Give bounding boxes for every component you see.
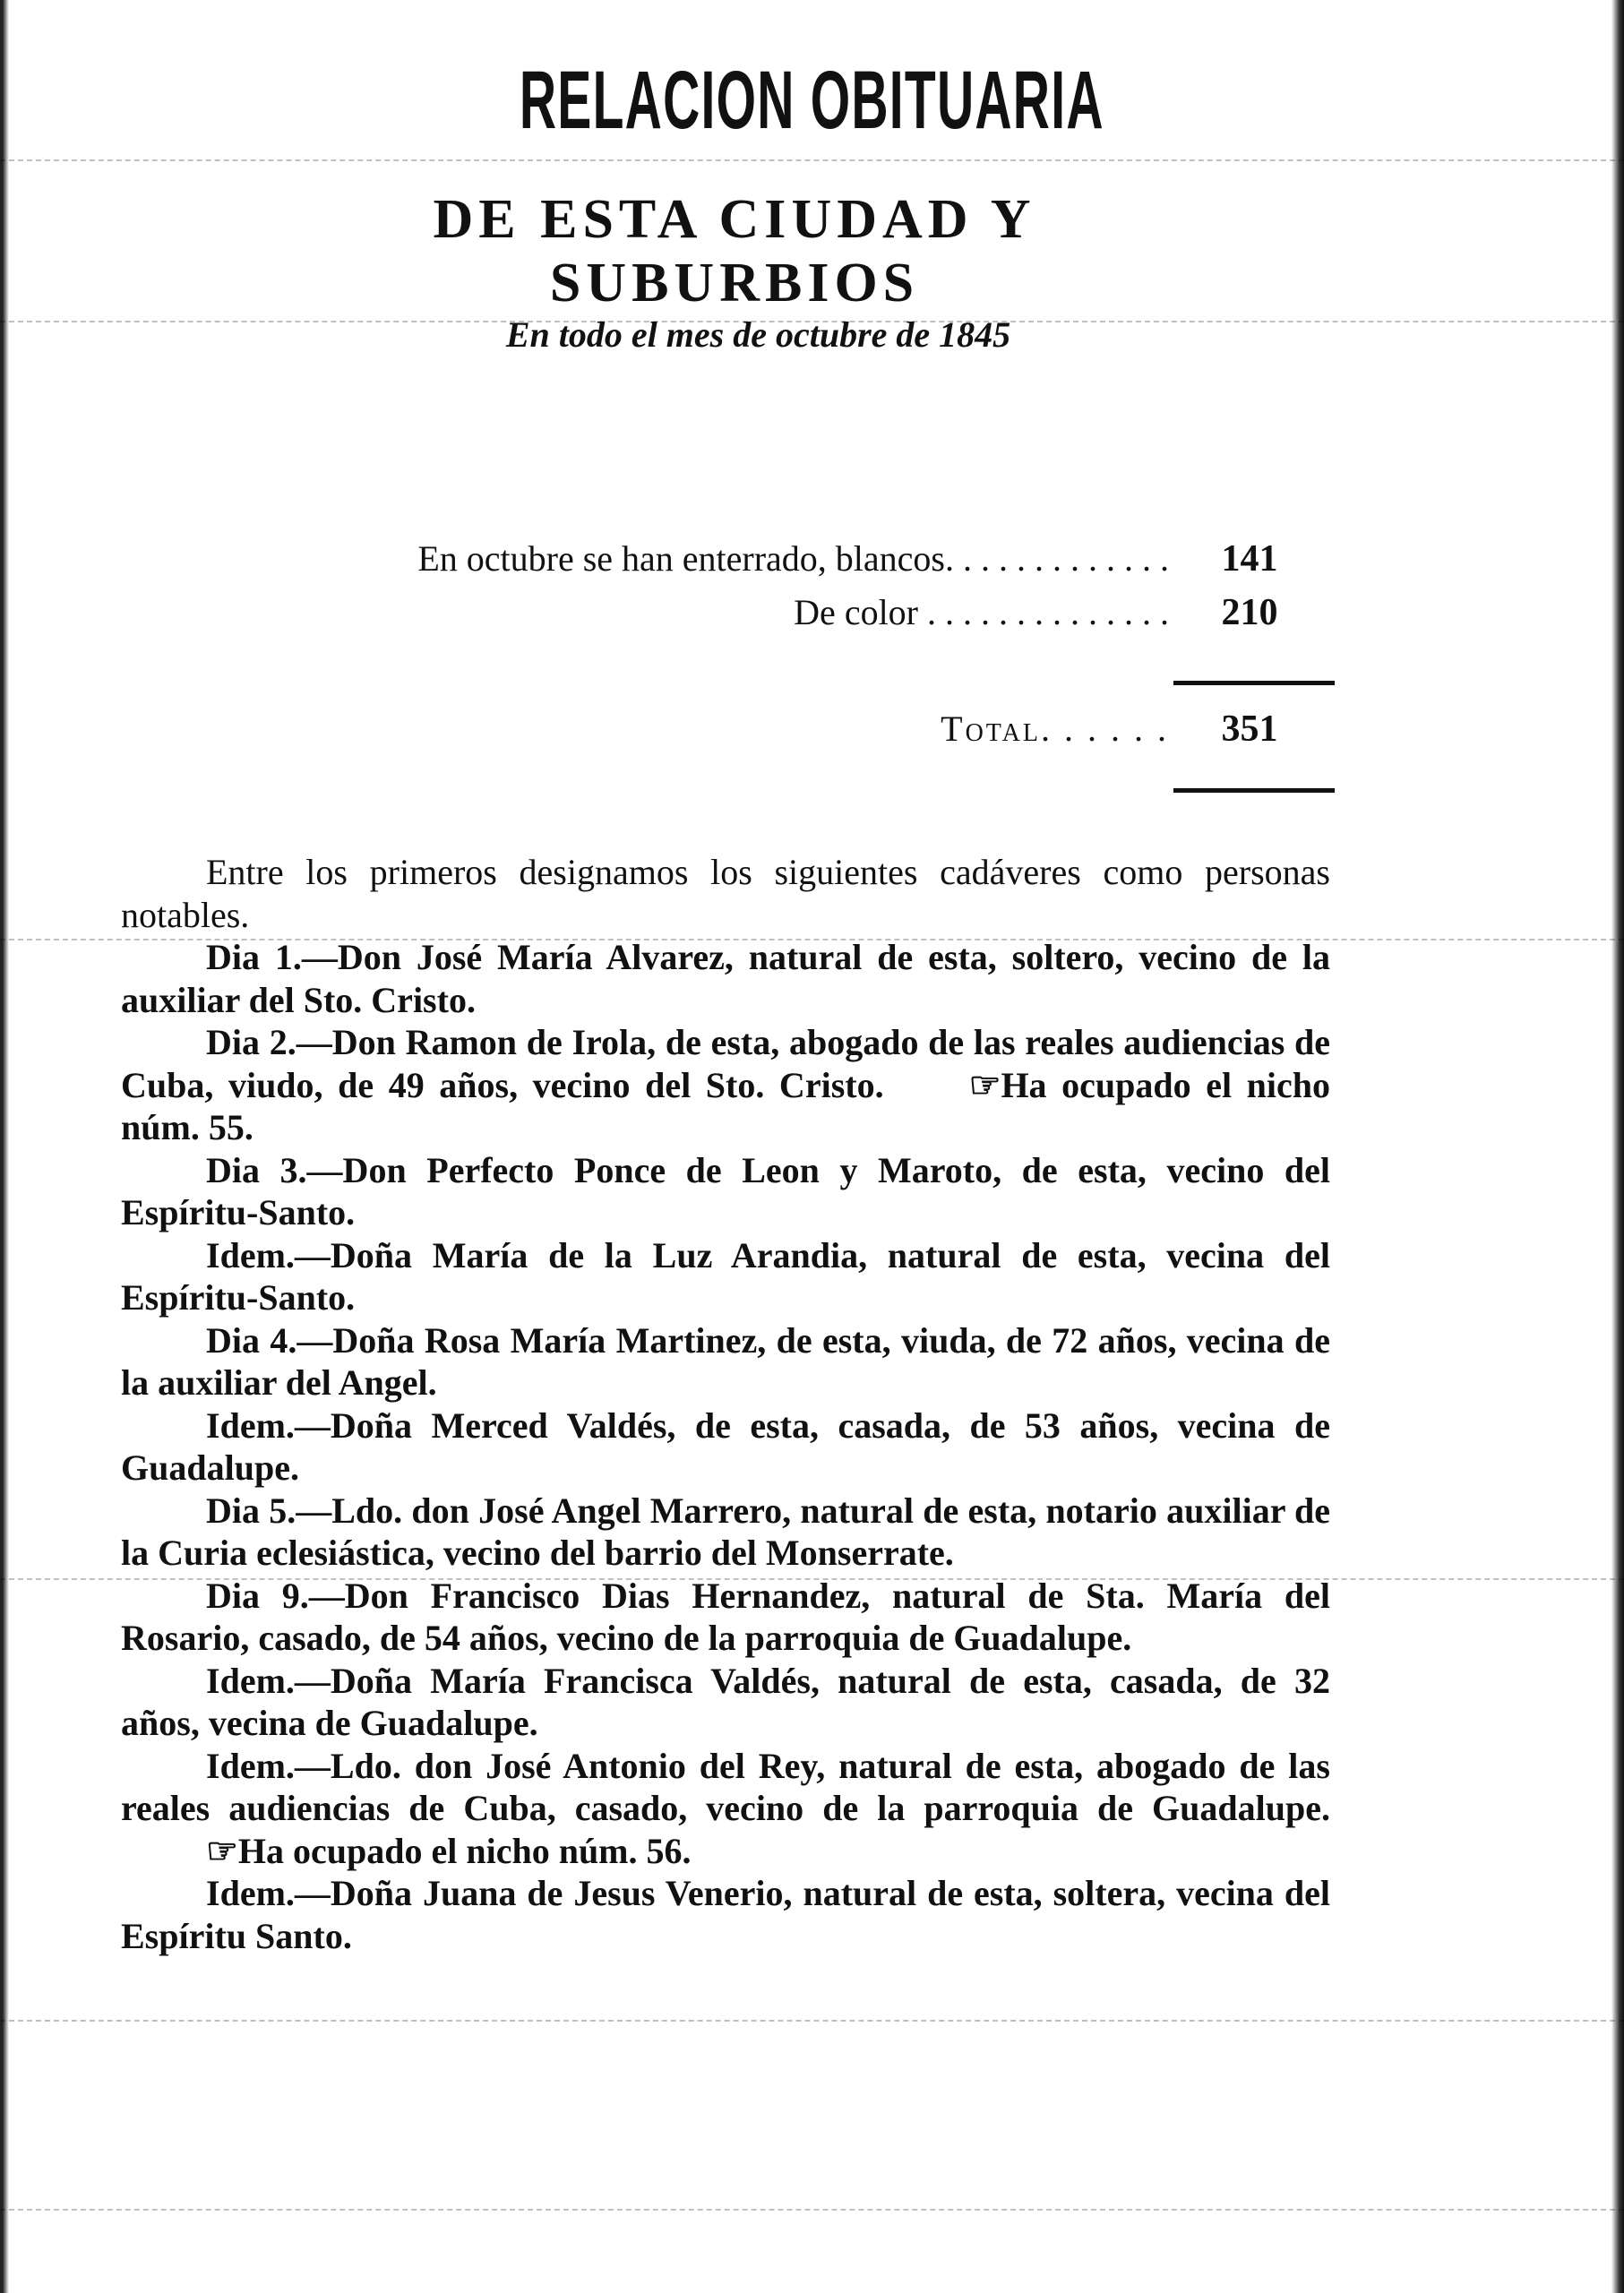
totals-value: 210	[1196, 591, 1303, 634]
page-right-edge	[1611, 0, 1624, 2293]
sum-rule	[1173, 681, 1335, 685]
total-rule	[1173, 788, 1335, 793]
total-value: 351	[1196, 708, 1303, 751]
totals-label: En octubre se han enterrado, blancos. . …	[417, 537, 1169, 580]
scan-line	[0, 159, 1624, 161]
entry: Idem.—Ldo. don José Antonio del Rey, nat…	[121, 1745, 1330, 1873]
totals-row-color: De color . . . . . . . . . . . . . . 210	[233, 591, 1335, 645]
entry: Idem.—Doña Juana de Jesus Venerio, natur…	[121, 1872, 1330, 1957]
entry: Idem.—Doña Merced Valdés, de esta, casad…	[121, 1404, 1330, 1490]
document-period: En todo el mes de octubre de 1845	[0, 313, 1570, 356]
entry: Idem.—Doña María Francisca Valdés, natur…	[121, 1660, 1330, 1745]
totals-row-total: Total. . . . . . 351	[233, 708, 1335, 761]
intro-paragraph: Entre los primeros designamos los siguie…	[121, 851, 1330, 936]
burial-totals: En octubre se han enterrado, blancos. . …	[233, 537, 1335, 761]
scan-line	[0, 2020, 1624, 2022]
document-subtitle: DE ESTA CIUDAD Y SUBURBIOS	[242, 188, 1227, 315]
entry: Dia 9.—Don Francisco Dias Hernandez, nat…	[121, 1575, 1330, 1660]
entry: Dia 5.—Ldo. don José Angel Marrero, natu…	[121, 1490, 1330, 1575]
entry: Dia 4.—Doña Rosa María Martinez, de esta…	[121, 1319, 1330, 1404]
entry: Idem.—Doña María de la Luz Arandia, natu…	[121, 1234, 1330, 1319]
total-label: Total. . . . . .	[941, 708, 1169, 750]
obituary-list: Entre los primeros designamos los siguie…	[121, 851, 1330, 1957]
totals-row-whites: En octubre se han enterrado, blancos. . …	[233, 537, 1335, 591]
scan-line	[0, 2209, 1624, 2211]
entry: Dia 3.—Don Perfecto Ponce de Leon y Maro…	[121, 1149, 1330, 1234]
pointing-hand-icon: ☞	[884, 1064, 1001, 1107]
pointing-hand-icon: ☞	[121, 1830, 238, 1873]
totals-label: De color . . . . . . . . . . . . . .	[794, 591, 1169, 633]
totals-value: 141	[1196, 537, 1303, 580]
entry: Dia 2.—Don Ramon de Irola, de esta, abog…	[121, 1021, 1330, 1149]
entry: Dia 1.—Don José María Alvarez, natural d…	[121, 936, 1330, 1021]
document-title: RELACION OBITUARIA	[308, 54, 1315, 148]
